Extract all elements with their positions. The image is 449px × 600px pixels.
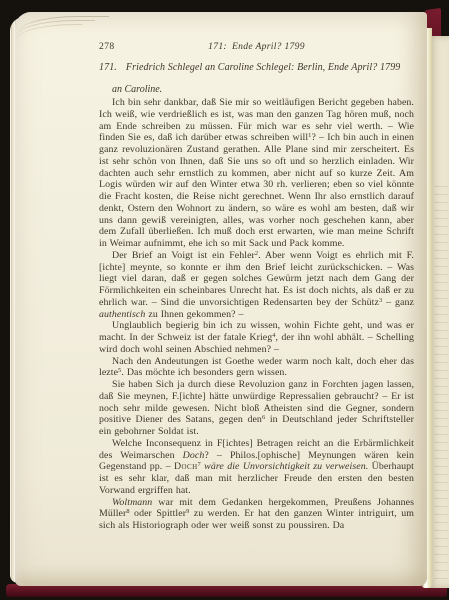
letter-paragraph: Nach den Andeutungen ist Goethe weder wa… [99, 356, 414, 380]
page-corner-curve [19, 16, 109, 36]
letter-number: 171. [99, 62, 117, 73]
page-corner-curve [17, 20, 95, 40]
showthrough-text-traces [434, 186, 448, 586]
letter-salutation: an Caroline. [112, 84, 412, 95]
letter-paragraph: Welche Inconsequenz in F[ichtes] Betrage… [99, 438, 414, 497]
letter-paragraph: Unglaublich begierig bin ich zu wissen, … [99, 320, 414, 355]
book-page: 278 171: Ende April? 1799 171. Friedrich… [15, 12, 427, 586]
letter-body: Ich bin sehr dankbar, daß Sie mir so wei… [99, 97, 414, 532]
running-head: 171: Ende April? 1799 [99, 41, 414, 52]
letter-heading: 171. Friedrich Schlegel an Caroline Schl… [99, 62, 419, 73]
letter-paragraph: Woltmann war mit dem Gedanken hergekomme… [99, 497, 414, 532]
letter-paragraph: Der Brief an Voigt ist ein Fehler2. Aber… [99, 250, 414, 321]
letter-title: Friedrich Schlegel an Caroline Schlegel:… [126, 62, 401, 73]
book-photograph: 278 171: Ende April? 1799 171. Friedrich… [0, 0, 449, 600]
letter-paragraph: Sie haben Sich ja durch diese Revoluzion… [99, 379, 414, 438]
page-corner-curve [16, 24, 82, 44]
page-header: 278 171: Ende April? 1799 [99, 41, 414, 55]
letter-paragraph: Ich bin sehr dankbar, daß Sie mir so wei… [99, 97, 414, 250]
